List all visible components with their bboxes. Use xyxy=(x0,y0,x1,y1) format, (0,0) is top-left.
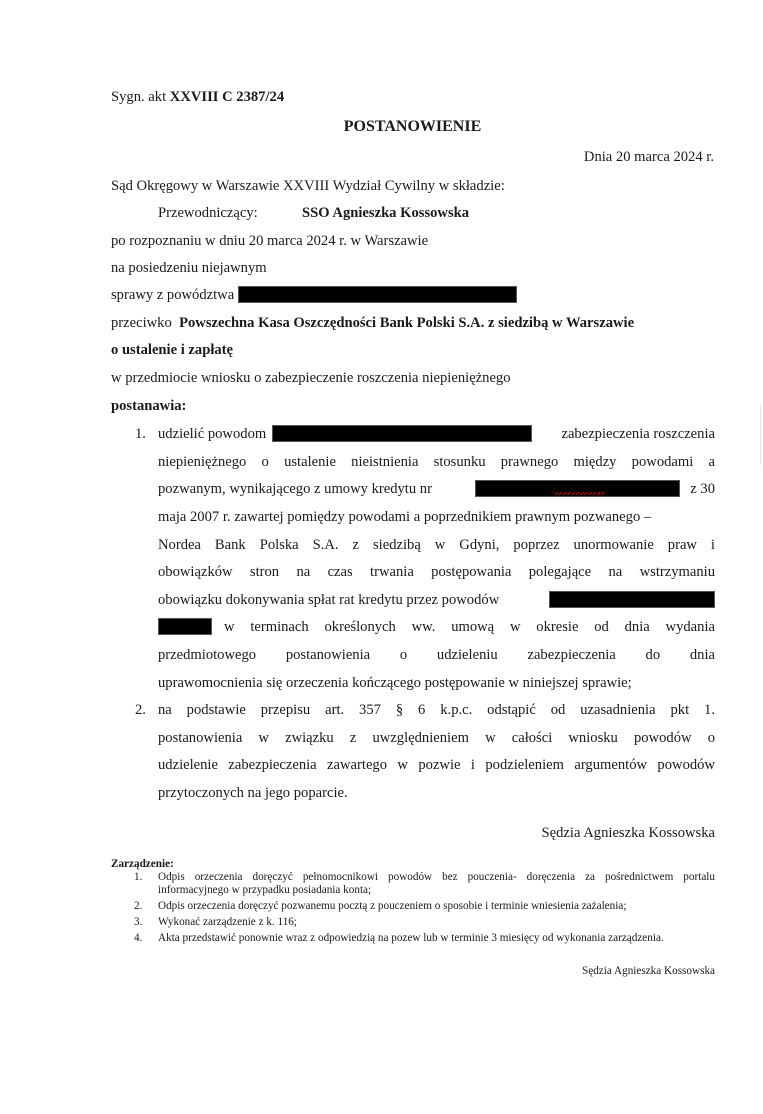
plaintiff-line: sprawy z powództwa xyxy=(111,286,517,304)
case-signature-label: Sygn. akt xyxy=(111,89,166,105)
item-line: maja 2007 r. zawartej pomiędzy powodami … xyxy=(158,508,651,526)
item-line: postanowienia w związku z uwzględnieniem… xyxy=(158,729,715,747)
plaintiff-label: sprawy z powództwa xyxy=(111,287,234,303)
redacted-loan-number xyxy=(475,480,680,497)
order-heading: Zarządzenie: xyxy=(111,858,174,871)
item-line: przytoczonych na jego poparcie. xyxy=(158,784,348,802)
motion-line: w przedmiocie wniosku o zabezpieczenie r… xyxy=(111,369,511,387)
redacted-plaintiffs-names xyxy=(549,591,715,608)
defendant-label: przeciwko xyxy=(111,315,172,331)
order-item-line: Odpis orzeczenia doręczyć pozwanemu pocz… xyxy=(158,900,626,913)
case-signature: Sygn. akt XXVIII C 2387/24 xyxy=(111,88,284,106)
item-number: 1. xyxy=(135,425,146,443)
order-item-line: informacyjnego w przypadku posiadania ko… xyxy=(158,884,371,897)
document-date: Dnia 20 marca 2024 r. xyxy=(584,148,714,166)
redacted-plaintiffs-names xyxy=(272,425,532,442)
redacted-plaintiffs-names xyxy=(158,618,212,635)
judge-signature: Sędzia Agnieszka Kossowska xyxy=(542,824,715,842)
order-judge-signature: Sędzia Agnieszka Kossowska xyxy=(582,965,715,978)
case-number: XXVIII C 2387/24 xyxy=(170,89,284,105)
item-line: przedmiotowego postanowienia o udzieleni… xyxy=(158,646,715,664)
item-line: obowiązków stron na czas trwania postępo… xyxy=(158,563,715,581)
item-line: uprawomocnienia się orzeczenia kończąceg… xyxy=(158,674,632,692)
order-item-number: 2. xyxy=(134,900,142,913)
order-item-number: 4. xyxy=(134,932,142,945)
document-title: POSTANOWIENIE xyxy=(0,118,763,136)
spellcheck-underline xyxy=(553,492,605,495)
hearing-line: po rozpoznaniu w dniu 20 marca 2024 r. w… xyxy=(111,232,428,250)
item-number: 2. xyxy=(135,701,146,719)
case-subject: o ustalenie i zapłatę xyxy=(111,341,233,359)
order-item-number: 3. xyxy=(134,916,142,929)
order-item-line: Odpis orzeczenia doręczyć pełnomocnikowi… xyxy=(158,871,715,884)
item-line: udzielenie zabezpieczenia zawartego w po… xyxy=(158,756,715,774)
defendant-name: Powszechna Kasa Oszczędności Bank Polski… xyxy=(179,315,634,331)
order-item-number: 1. xyxy=(134,871,142,884)
redacted-plaintiff-name xyxy=(238,286,517,303)
item-line: niepieniężnego o ustalenie nieistnienia … xyxy=(158,453,715,471)
item-line: Nordea Bank Polska S.A. z siedzibą w Gdy… xyxy=(158,536,715,554)
order-item-line: Akta przedstawić ponownie wraz z odpowie… xyxy=(158,932,664,945)
chair-label: Przewodniczący: xyxy=(158,204,258,222)
session-line: na posiedzeniu niejawnym xyxy=(111,259,267,277)
defendant-line: przeciwko Powszechna Kasa Oszczędności B… xyxy=(111,314,634,332)
item-line: obowiązku dokonywania spłat rat kredytu … xyxy=(158,591,715,609)
item-line: na podstawie przepisu art. 357 § 6 k.p.c… xyxy=(158,701,715,719)
decides-label: postanawia: xyxy=(111,397,186,415)
item-line: pozwanym, wynikającego z umowy kredytu n… xyxy=(158,480,715,498)
item-line: udzielić powodom zabezpieczenia roszczen… xyxy=(158,425,715,443)
chair-name: SSO Agnieszka Kossowska xyxy=(302,204,469,222)
scrollbar-edge[interactable] xyxy=(760,405,761,465)
court-composition: Sąd Okręgowy w Warszawie XXVIII Wydział … xyxy=(111,177,505,195)
order-item-line: Wykonać zarządzenie z k. 116; xyxy=(158,916,297,929)
